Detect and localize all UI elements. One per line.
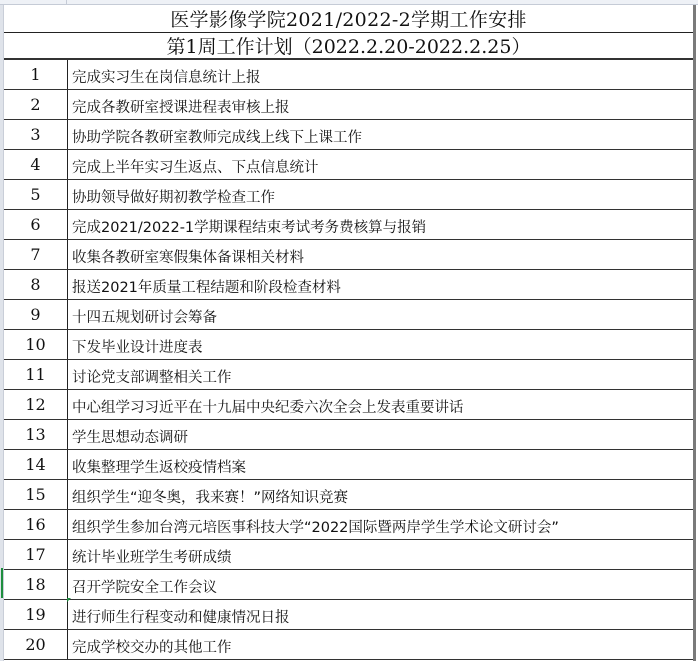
sheet-title: 医学影像学院2021/2022-2学期工作安排 [170, 5, 527, 32]
row-number-cell[interactable]: 11 [4, 360, 68, 389]
table-row: 1完成实习生在岗信息统计上报 [4, 60, 693, 90]
task-cell[interactable]: 完成2021/2022-1学期课程结束考试考务费核算与报销 [68, 210, 693, 239]
table-row: 14收集整理学生返校疫情档案 [4, 450, 693, 480]
row-number-cell[interactable]: 10 [4, 330, 68, 359]
task-cell[interactable]: 召开学院安全工作会议 [68, 570, 693, 599]
table-row: 15组织学生“迎冬奥，我来赛！”网络知识竞赛 [4, 480, 693, 510]
table-row: 3协助学院各教研室教师完成线上线下上课工作 [4, 120, 693, 150]
task-cell[interactable]: 学生思想动态调研 [68, 420, 693, 449]
selected-row-indicator [1, 568, 3, 598]
table-row: 20完成学校交办的其他工作 [4, 630, 693, 660]
task-cell[interactable]: 收集各教研室寒假集体备课相关材料 [68, 240, 693, 269]
table-row: 8报送2021年质量工程结题和阶段检查材料 [4, 270, 693, 300]
row-number-cell[interactable]: 20 [4, 630, 68, 659]
task-cell[interactable]: 完成各教研室授课进程表审核上报 [68, 90, 693, 119]
task-cell[interactable]: 协助领导做好期初教学检查工作 [68, 180, 693, 209]
table-row: 19进行师生行程变动和健康情况日报 [4, 600, 693, 630]
row-number-cell[interactable]: 2 [4, 90, 68, 119]
row-number-cell[interactable]: 14 [4, 450, 68, 479]
sheet-right-border [693, 5, 696, 661]
table-row: 10下发毕业设计进度表 [4, 330, 693, 360]
task-cell[interactable]: 统计毕业班学生考研成绩 [68, 540, 693, 569]
task-cell[interactable]: 收集整理学生返校疫情档案 [68, 450, 693, 479]
task-cell[interactable]: 完成学校交办的其他工作 [68, 630, 693, 659]
table-row: 5协助领导做好期初教学检查工作 [4, 180, 693, 210]
task-list: 1完成实习生在岗信息统计上报 2完成各教研室授课进程表审核上报 3协助学院各教研… [4, 60, 693, 660]
row-number-cell[interactable]: 7 [4, 240, 68, 269]
column-header-separator [66, 0, 67, 4]
sheet-subtitle-cell[interactable]: 第1周工作计划（2022.2.20-2022.2.25） [4, 33, 693, 60]
task-cell[interactable]: 讨论党支部调整相关工作 [68, 360, 693, 389]
table-row: 13学生思想动态调研 [4, 420, 693, 450]
sheet-subtitle: 第1周工作计划（2022.2.20-2022.2.25） [167, 32, 531, 59]
task-cell[interactable]: 协助学院各教研室教师完成线上线下上课工作 [68, 120, 693, 149]
task-cell[interactable]: 组织学生参加台湾元培医事科技大学“2022国际暨两岸学生学术论文研讨会” [68, 510, 693, 539]
row-number-cell[interactable]: 18 [4, 570, 68, 599]
row-number-cell[interactable]: 4 [4, 150, 68, 179]
task-cell[interactable]: 进行师生行程变动和健康情况日报 [68, 600, 693, 629]
task-cell[interactable]: 组织学生“迎冬奥，我来赛！”网络知识竞赛 [68, 480, 693, 509]
row-number-cell[interactable]: 5 [4, 180, 68, 209]
table-row: 7收集各教研室寒假集体备课相关材料 [4, 240, 693, 270]
table-row: 9十四五规划研讨会筹备 [4, 300, 693, 330]
task-cell[interactable]: 十四五规划研讨会筹备 [68, 300, 693, 329]
table-row: 6完成2021/2022-1学期课程结束考试考务费核算与报销 [4, 210, 693, 240]
task-cell[interactable]: 完成上半年实习生返点、下点信息统计 [68, 150, 693, 179]
row-number-cell[interactable]: 15 [4, 480, 68, 509]
row-number-cell[interactable]: 12 [4, 390, 68, 419]
table-row: 17统计毕业班学生考研成绩 [4, 540, 693, 570]
table-row: 16组织学生参加台湾元培医事科技大学“2022国际暨两岸学生学术论文研讨会” [4, 510, 693, 540]
row-number-cell[interactable]: 9 [4, 300, 68, 329]
row-number-cell[interactable]: 1 [4, 60, 68, 89]
table-row: 18召开学院安全工作会议 [4, 570, 693, 600]
row-number-cell[interactable]: 8 [4, 270, 68, 299]
task-cell[interactable]: 下发毕业设计进度表 [68, 330, 693, 359]
task-cell[interactable]: 完成实习生在岗信息统计上报 [68, 60, 693, 89]
spreadsheet: 医学影像学院2021/2022-2学期工作安排 第1周工作计划（2022.2.2… [4, 5, 693, 660]
task-cell[interactable]: 中心组学习习近平在十九届中央纪委六次全会上发表重要讲话 [68, 390, 693, 419]
cell-comment-marker-icon [67, 598, 71, 602]
row-number-cell[interactable]: 13 [4, 420, 68, 449]
row-number-cell[interactable]: 17 [4, 540, 68, 569]
table-row: 4完成上半年实习生返点、下点信息统计 [4, 150, 693, 180]
row-number-cell[interactable]: 19 [4, 600, 68, 629]
table-row: 11讨论党支部调整相关工作 [4, 360, 693, 390]
task-cell[interactable]: 报送2021年质量工程结题和阶段检查材料 [68, 270, 693, 299]
table-row: 2完成各教研室授课进程表审核上报 [4, 90, 693, 120]
table-row: 12中心组学习习近平在十九届中央纪委六次全会上发表重要讲话 [4, 390, 693, 420]
row-number-cell[interactable]: 6 [4, 210, 68, 239]
sheet-title-cell[interactable]: 医学影像学院2021/2022-2学期工作安排 [4, 5, 693, 33]
row-number-cell[interactable]: 16 [4, 510, 68, 539]
row-number-cell[interactable]: 3 [4, 120, 68, 149]
